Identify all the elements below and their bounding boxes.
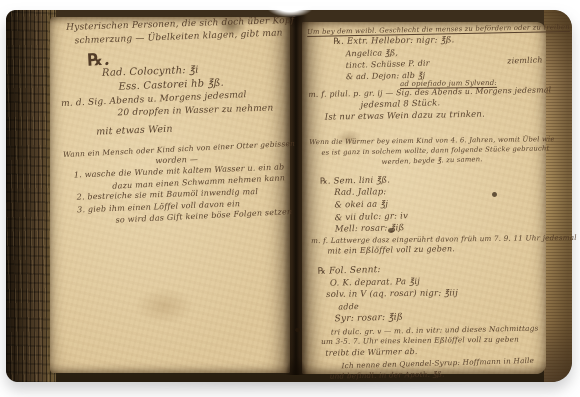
foxing-spot	[295, 328, 300, 332]
right-page-handwriting: Um bey dem weibl. Geschlecht die menses …	[307, 22, 551, 381]
manuscript-line-fragment: ziemlich	[507, 56, 543, 67]
faded-blotch	[134, 288, 194, 324]
manuscript-photo: Hysterischen Personen, die sich doch übe…	[0, 0, 580, 397]
manuscript-line: mit ein Eßlöffel voll zu geben.	[311, 243, 548, 258]
left-worn-cover-edge	[6, 10, 56, 382]
open-book: Hysterischen Personen, die sich doch übe…	[6, 10, 572, 382]
gutter-top-notch	[258, 6, 322, 21]
left-page-handwriting: Hysterischen Personen, die sich doch übe…	[58, 14, 298, 227]
manuscript-line: mit etwas Wein	[62, 119, 294, 140]
